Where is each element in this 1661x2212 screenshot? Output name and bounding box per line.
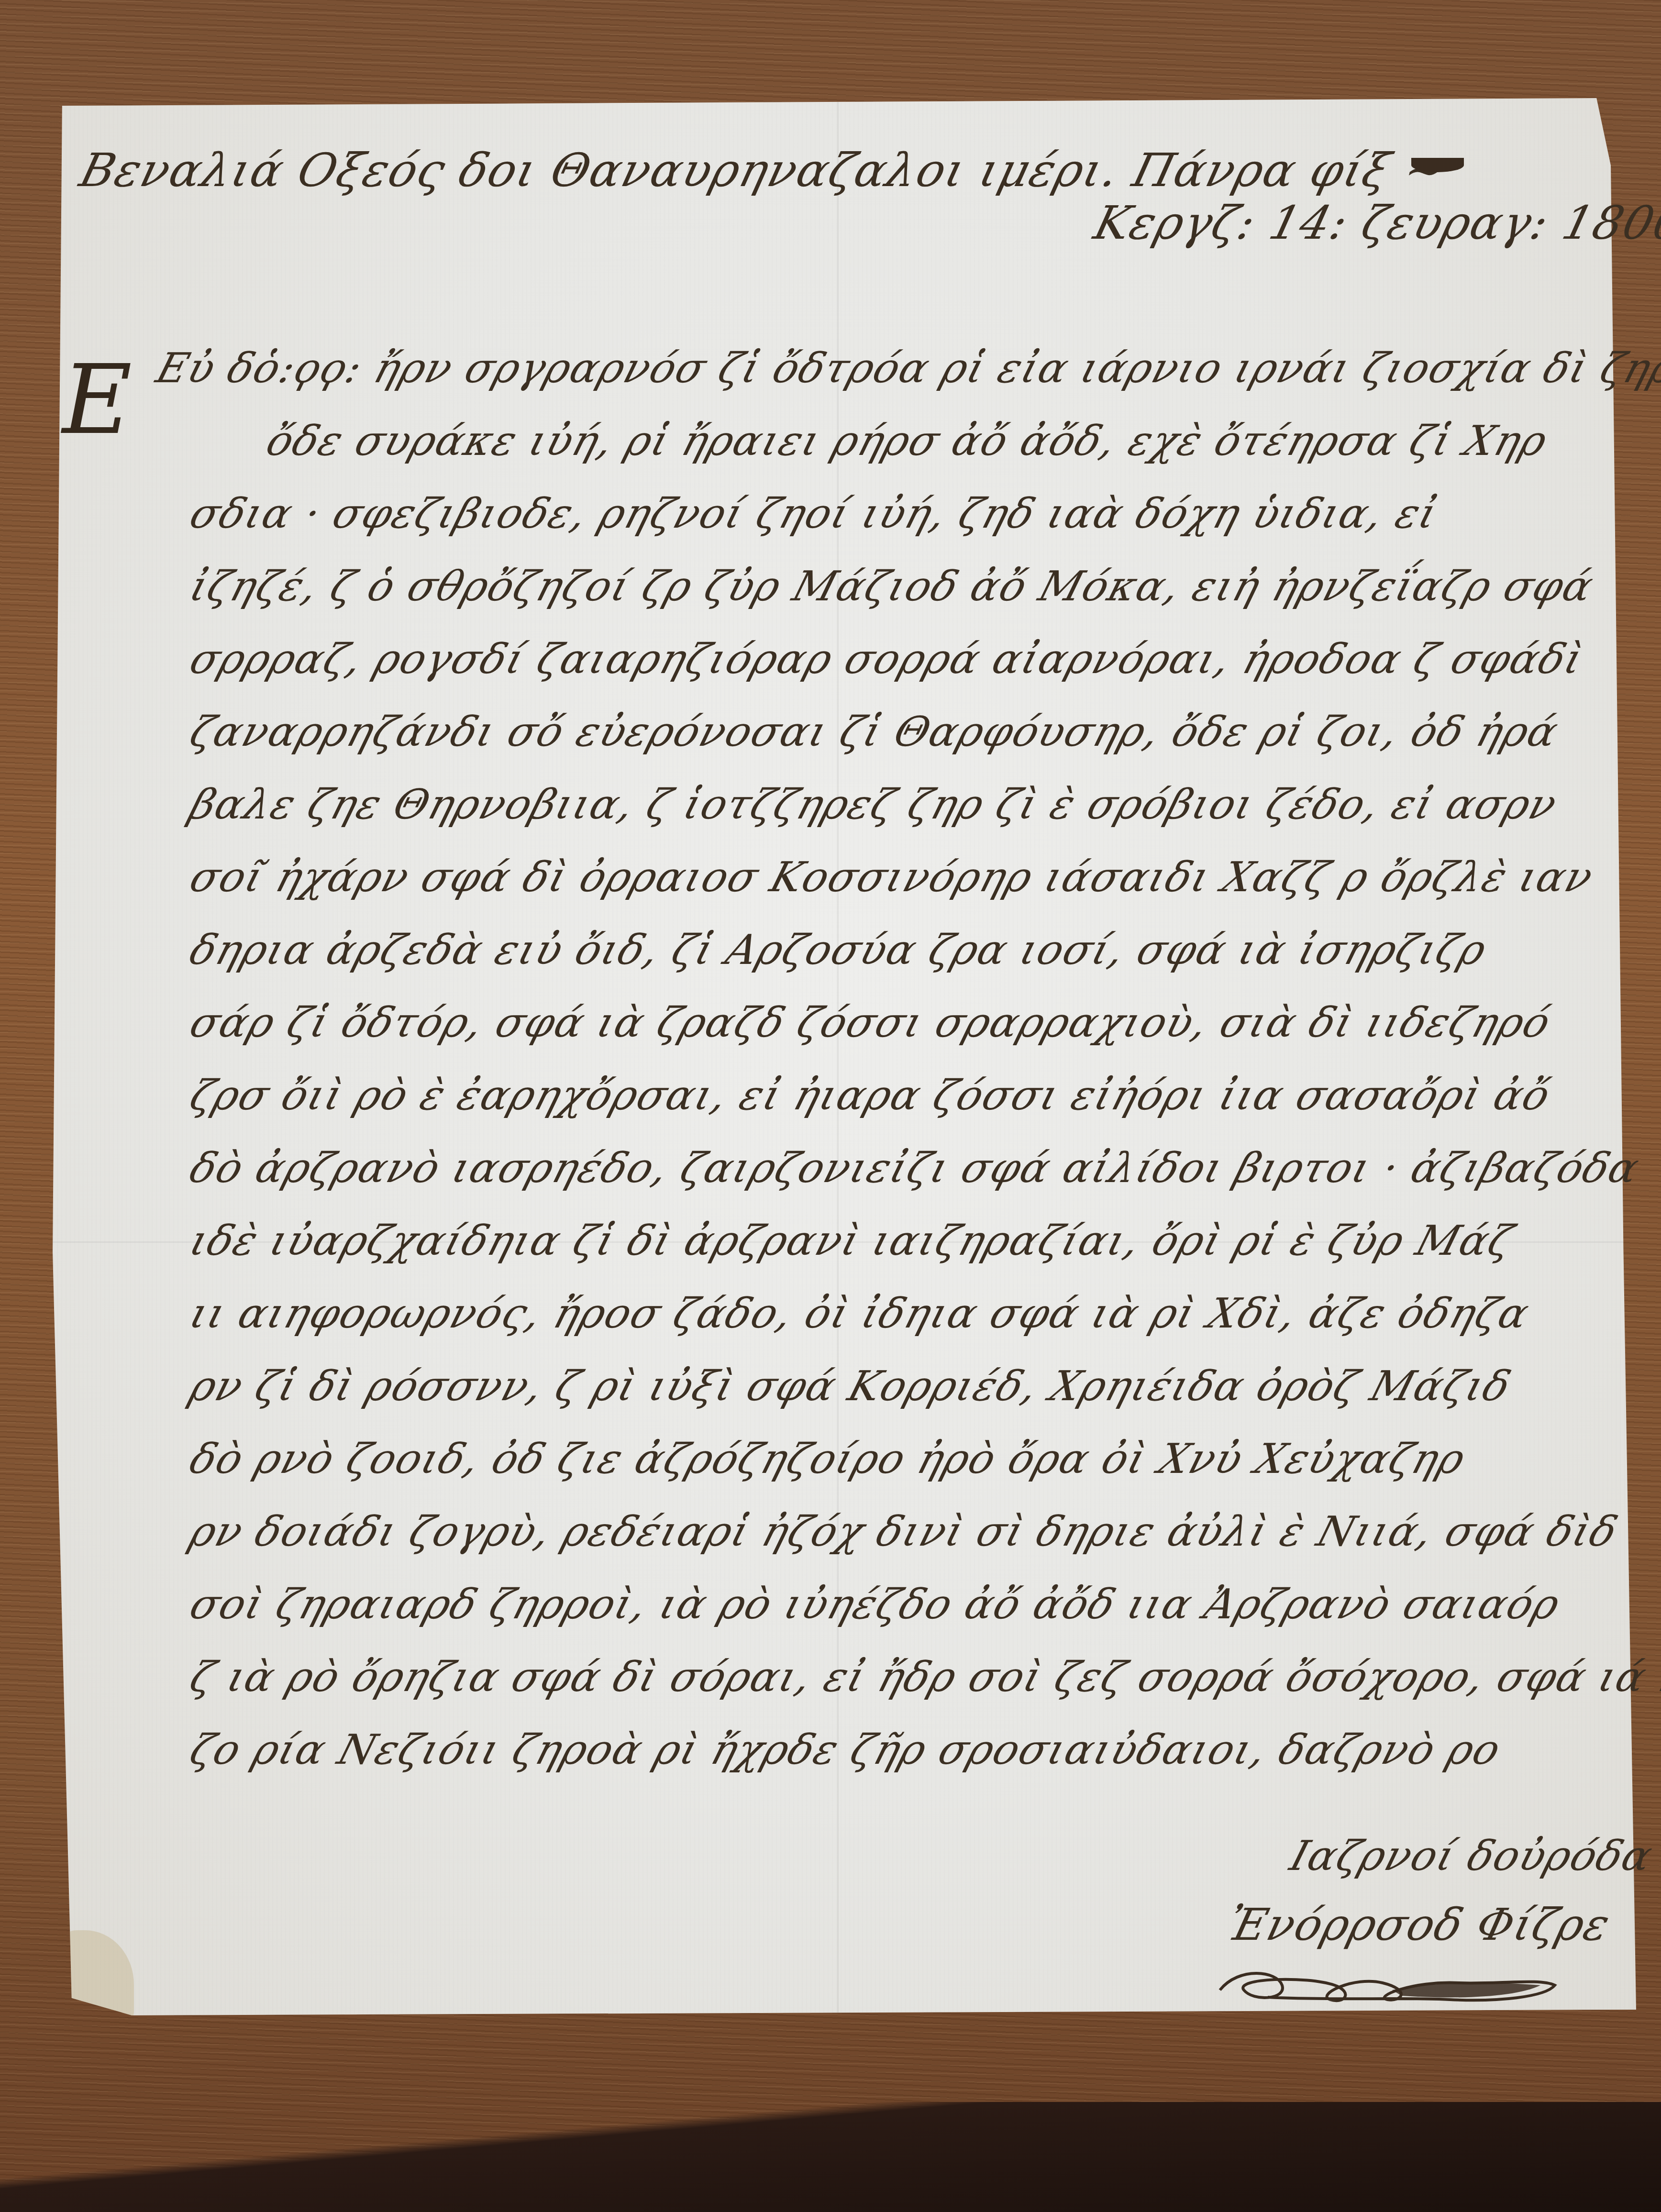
body-line: ρν ζἱ δὶ ρόσσνν, ζ ρὶ ιὐξὶ σφά Κορριέδ, … xyxy=(185,1362,1517,1410)
body-line: ρν δοιάδι ζογρὺ, ρεδέιαρἱ ἠζόχ δινὶ σὶ δ… xyxy=(185,1508,1624,1556)
body-line: δὸ ἀρζρανὸ ιασρηέδο, ζαιρζονιεἰζι σφά αἰ… xyxy=(185,1144,1645,1192)
salutation-line: Βεναλιά Οξεός δοι Θαναυρηναζαλοι ιμέρι. … xyxy=(75,144,1451,197)
decorated-initial: Ε xyxy=(62,344,132,456)
body-line: ιι αιηφορωρνός, ἤροσ ζάδο, ὀὶ ἰδηια σφά … xyxy=(185,1290,1535,1338)
signature-flourish-icon xyxy=(1210,1957,1564,2009)
body-line: δηρια ἀρζεδὰ ειὐ ὄιδ, ζἱ Αρζοσύα ζρα ιοσ… xyxy=(185,926,1492,974)
body-line: ἰζηζέ, ζ ὁ σθρὄζηζοί ζρ ζὐρ Μάζιοδ ἀὄ Μό… xyxy=(185,563,1599,610)
body-line: ὄδε συράκε ιὐή, ρἱ ἤραιει ρήρσ ἀὄ ἀὄδ, ε… xyxy=(261,417,1553,465)
body-line: ζαναρρηζάνδι σὄ εὐερόνοσαι ζἱ Θαρφόυσηρ,… xyxy=(185,708,1564,756)
ink-blot-icon xyxy=(1411,158,1464,172)
body-line: σοὶ ζηραιαρδ ζηρροὶ, ιὰ ρὸ ιὐηέζδο ἀὄ ἀὄ… xyxy=(185,1581,1566,1628)
body-line: Εὐ δὁ:ϙϙ: ἤρν σργραρνόσ ζἱ ὄδτρόα ρἱ εἰα… xyxy=(151,344,1661,392)
date-line: Κεργζ: 14: ζευραγ: 1800: xyxy=(1089,196,1661,250)
table-edge-shadow xyxy=(0,2102,1661,2212)
body-line: δὸ ρνὸ ζοοιδ, ὀδ ζιε ἀζρόζηζοίρο ἠρὸ ὄρα… xyxy=(185,1435,1471,1483)
closing-line: Ιαζρνοί δοὐρόδα xyxy=(1285,1832,1659,1880)
signature: Ἐνόρρσοδ Φίζρε xyxy=(1223,1899,1616,1950)
body-line: σρρραζ, ρογσδί ζαιαρηζιόραρ σορρά αἰαρνό… xyxy=(185,635,1590,683)
body-line: βαλε ζηε Θηρνοβιια, ζ ἱοτζζηρεζ ζηρ ζὶ ὲ… xyxy=(185,781,1563,829)
body-line: σδια · σφεζιβιοδε, ρηζνοί ζηοί ιὐή, ζηδ … xyxy=(185,490,1444,538)
body-line: ζρσ ὄιὶ ρὸ ὲ ἐαρηχὄρσαι, εἰ ἠιαρα ζόσσι … xyxy=(185,1072,1556,1119)
paper-stain xyxy=(53,1930,134,2021)
body-line: ζο ρία Νεζιόιι ζηροὰ ρὶ ἤχρδε ζῆρ σροσια… xyxy=(185,1726,1506,1774)
body-line: σάρ ζἱ ὄδτόρ, σφά ιὰ ζραζδ ζόσσι σραρραχ… xyxy=(185,999,1557,1047)
body-line: ιδὲ ιὐαρζχαίδηια ζἱ δὶ ἀρζρανὶ ιαιζηραζί… xyxy=(185,1217,1519,1265)
body-line: ζ ιὰ ρὸ ὄρηζια σφά δὶ σόραι, εἰ ἤδρ σοὶ … xyxy=(185,1653,1661,1701)
body-line: σοῖ ἠχάρν σφά δὶ ὀρραιοσ Κοσσινόρηρ ιάσα… xyxy=(185,853,1599,901)
